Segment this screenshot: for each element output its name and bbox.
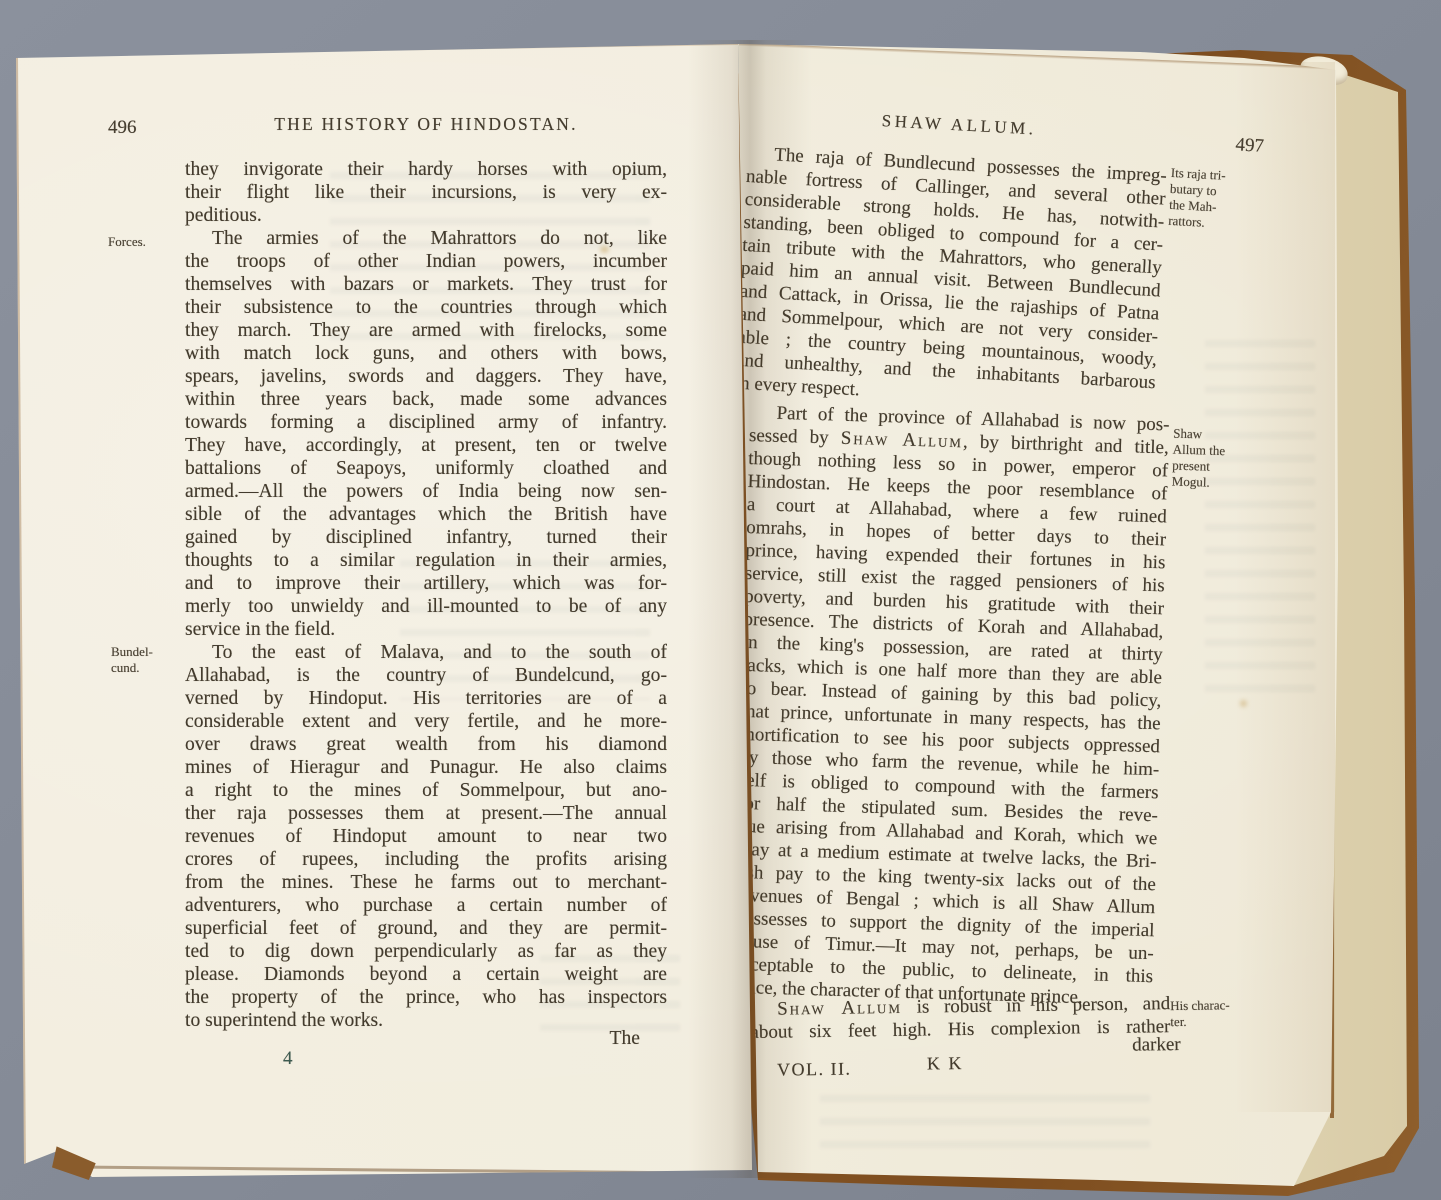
foxing-stain xyxy=(1240,700,1247,707)
text-line: revenues of Hindoput amount to near two xyxy=(185,825,667,848)
volume-label: VOL. II. xyxy=(777,1059,852,1081)
photo-background: 496 THE HISTORY OF HINDOSTAN. they invig… xyxy=(0,0,1441,1200)
text-line: a right to the mines of Sommelpour, but … xyxy=(185,779,667,802)
paragraph: The armies of the Mahrattors do not, lik… xyxy=(185,227,667,641)
margin-note-line: Mogul. xyxy=(1172,474,1252,492)
text-line: service in the field. xyxy=(185,618,667,641)
text-line: they march. They are armed with firelock… xyxy=(185,319,667,342)
margin-note-line: His charac- xyxy=(1170,997,1250,1014)
text-line: over draws great wealth from his diamond xyxy=(185,733,667,756)
margin-note-raja-tributary: Its raja tri-butary tothe Mah-rattors. xyxy=(1168,165,1251,233)
margin-note-bundelcund: Bundel-cund. xyxy=(111,644,191,676)
text-line: battalions of Seapoys, uniformly cloathe… xyxy=(185,457,667,480)
left-page-body-text: they invigorate their hardy horses with … xyxy=(185,158,667,1032)
catchword-left: The xyxy=(520,1028,640,1050)
text-line: adventurers, who purchase a certain numb… xyxy=(185,894,667,917)
margin-note-forces: Forces. xyxy=(108,234,188,250)
margin-note-character: His charac-ter. xyxy=(1170,997,1250,1030)
text-line: ted to dig down perpendicularly as far a… xyxy=(185,940,667,963)
text-line: within three years back, made some advan… xyxy=(185,388,667,411)
text-line: peditious. xyxy=(185,204,667,227)
text-line: with match lock guns, and others with bo… xyxy=(185,342,667,365)
gathering-signature-right: K K xyxy=(927,1053,964,1075)
text-line: the troops of other Indian powers, incum… xyxy=(185,250,667,273)
margin-note-line: rattors. xyxy=(1168,213,1249,233)
paragraph: The raja of Bundlecund possesses the imp… xyxy=(734,142,1167,417)
margin-note-shaw-allum: ShawAllum thepresentMogul. xyxy=(1172,426,1254,492)
gathering-signature: 4 xyxy=(283,1048,293,1070)
running-header-right: SHAW ALLUM. xyxy=(881,111,1037,138)
text-line: verned by Hindoput. His territories are … xyxy=(185,687,667,710)
text-line: gained by disciplined infantry, turned t… xyxy=(185,526,667,549)
page-number-right: 497 xyxy=(1235,134,1265,158)
text-line: the property of the prince, who has insp… xyxy=(185,986,667,1009)
paragraph: Part of the province of Allahabad is now… xyxy=(732,401,1170,1011)
right-page-body-text: Part of the province of Allahabad is now… xyxy=(732,401,1170,1011)
text-line: their subsistence to the countries throu… xyxy=(185,296,667,319)
text-line: thoughts to a similar regulation in thei… xyxy=(185,549,667,572)
right-page-text-upper: SHAW ALLUM. 497 The raja of Bundlecund p… xyxy=(750,104,1169,127)
text-line: themselves with bazars or markets. They … xyxy=(185,273,667,296)
show-through-text xyxy=(1205,340,1315,700)
text-line: merly too unwieldy and ill-mounted to be… xyxy=(185,595,667,618)
paragraph: they invigorate their hardy horses with … xyxy=(185,158,667,227)
left-page-bottom-edge xyxy=(22,1165,754,1175)
text-line: they invigorate their hardy horses with … xyxy=(185,158,667,181)
text-line: towards forming a disciplined army of in… xyxy=(185,411,667,434)
page-number-left: 496 xyxy=(108,117,137,139)
text-line: ther raja possesses them at present.—The… xyxy=(185,802,667,825)
text-line: their flight like their incursions, is v… xyxy=(185,181,667,204)
left-page-left-edge xyxy=(15,57,26,1165)
margin-note-line: cund. xyxy=(111,660,191,676)
text-line: They have, accordingly, at present, ten … xyxy=(185,434,667,457)
show-through-text xyxy=(820,1095,1150,1150)
right-page-body-text: The raja of Bundlecund possesses the imp… xyxy=(734,142,1167,417)
text-line: crores of rupees, including the profits … xyxy=(185,848,667,871)
catchword-right: darker xyxy=(1051,1034,1181,1058)
text-line: and to improve their artillery, which wa… xyxy=(185,572,667,595)
text-line: superficial feet of ground, and they are… xyxy=(185,917,667,940)
text-line: The armies of the Mahrattors do not, lik… xyxy=(185,227,667,250)
text-line: Allahabad, is the country of Bundelcund,… xyxy=(185,664,667,687)
text-line: spears, javelins, swords and daggers. Th… xyxy=(185,365,667,388)
right-page-header-row: SHAW ALLUM. xyxy=(749,104,1169,147)
text-line: sible of the advantages which the Britis… xyxy=(185,503,667,526)
margin-note-line: Forces. xyxy=(108,234,188,250)
running-header-left: THE HISTORY OF HINDOSTAN. xyxy=(185,114,667,135)
text-line: from the mines. These he farms out to me… xyxy=(185,871,667,894)
paragraph: To the east of Malava, and to the south … xyxy=(185,641,667,1032)
text-line: considerable extent and very fertile, an… xyxy=(185,710,667,733)
left-page-top-edge xyxy=(14,42,741,57)
margin-note-line: Bundel- xyxy=(111,644,191,660)
text-line: To the east of Malava, and to the south … xyxy=(185,641,667,664)
text-line: please. Diamonds beyond a certain weight… xyxy=(185,963,667,986)
text-line: armed.—All the powers of India being now… xyxy=(185,480,667,503)
margin-note-line: ter. xyxy=(1170,1013,1250,1030)
text-line: mines of Hieragur and Punagur. He also c… xyxy=(185,756,667,779)
